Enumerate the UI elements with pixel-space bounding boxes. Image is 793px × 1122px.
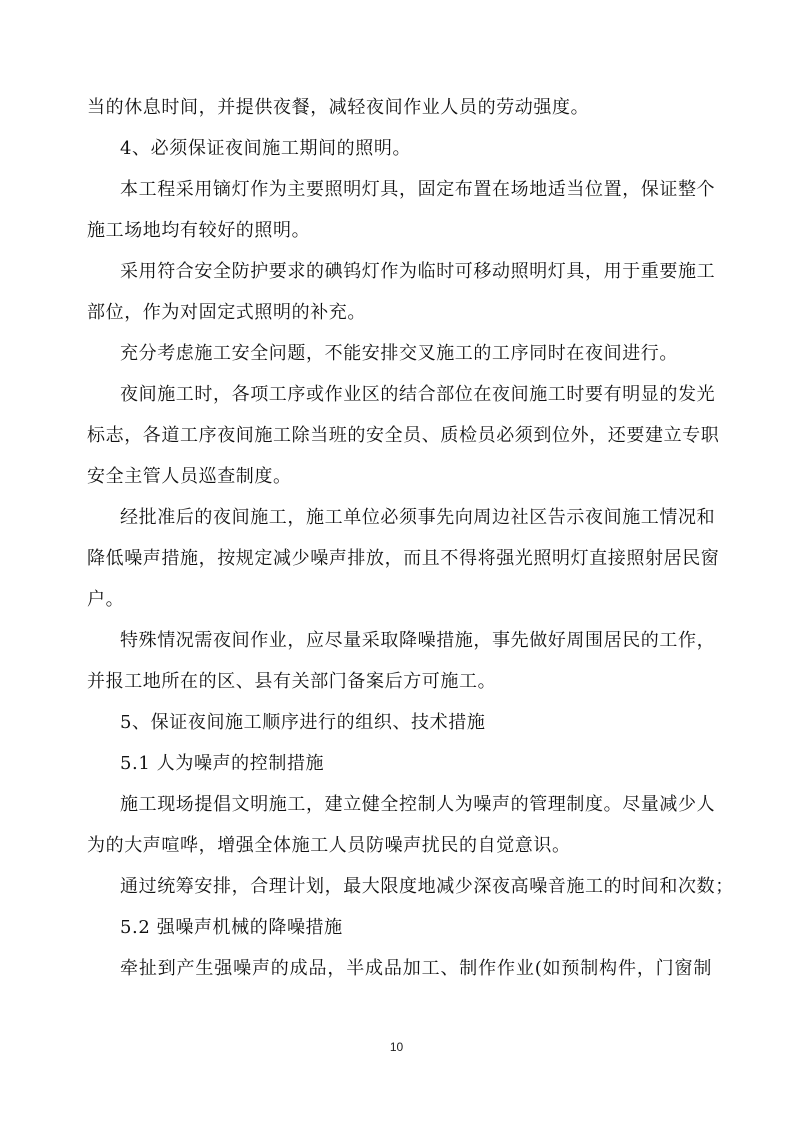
paragraph-line: 通过统筹安排，合理计划，最大限度地减少深夜高噪音施工的时间和次数； [120, 867, 712, 907]
paragraph-line: 牵扯到产生强噪声的成品，半成品加工、制作作业(如预制构件，门窗制 [120, 949, 712, 989]
paragraph-line: 特殊情况需夜间作业，应尽量采取降噪措施，事先做好周围居民的工作， [120, 621, 712, 661]
subsection-heading-5-2: 5.2 强噪声机械的降噪措施 [120, 908, 343, 948]
section-heading-4: 4、必须保证夜间施工期间的照明。 [120, 129, 411, 169]
paragraph-line: 夜间施工时，各项工序或作业区的结合部位在夜间施工时要有明显的发光 [120, 375, 712, 415]
paragraph-line: 户。 [87, 580, 124, 620]
paragraph-line: 标志，各道工序夜间施工除当班的安全员、质检员必须到位外，还要建立专职 [87, 416, 712, 456]
paragraph-line: 经批准后的夜间施工，施工单位必须事先向周边社区告示夜间施工情况和 [120, 498, 712, 538]
paragraph-line: 充分考虑施工安全问题，不能安排交叉施工的工序同时在夜间进行。 [120, 334, 678, 374]
paragraph-line: 本工程采用镝灯作为主要照明灯具，固定布置在场地适当位置，保证整个 [120, 170, 712, 210]
section-heading-5: 5、保证夜间施工顺序进行的组织、技术措施 [120, 703, 485, 743]
paragraph-line: 降低噪声措施，按规定减少噪声排放，而且不得将强光照明灯直接照射居民窗 [87, 539, 712, 579]
paragraph-line: 采用符合安全防护要求的碘钨灯作为临时可移动照明灯具，用于重要施工 [120, 252, 712, 292]
subsection-heading-5-1: 5.1 人为噪声的控制措施 [120, 744, 324, 784]
paragraph-line: 部位，作为对固定式照明的补充。 [87, 293, 366, 333]
paragraph-line: 施工场地均有较好的照明。 [87, 211, 310, 251]
paragraph-line: 安全主管人员巡查制度。 [87, 457, 292, 497]
paragraph-line: 施工现场提倡文明施工，建立健全控制人为噪声的管理制度。尽量减少人 [120, 785, 712, 825]
paragraph-line: 当的休息时间，并提供夜餐，减轻夜间作业人员的劳动强度。 [87, 88, 589, 128]
paragraph-line: 并报工地所在的区、县有关部门备案后方可施工。 [87, 662, 496, 702]
page-number: 10 [0, 1040, 793, 1054]
paragraph-line: 为的大声喧哗，增强全体施工人员防噪声扰民的自觉意识。 [87, 826, 571, 866]
